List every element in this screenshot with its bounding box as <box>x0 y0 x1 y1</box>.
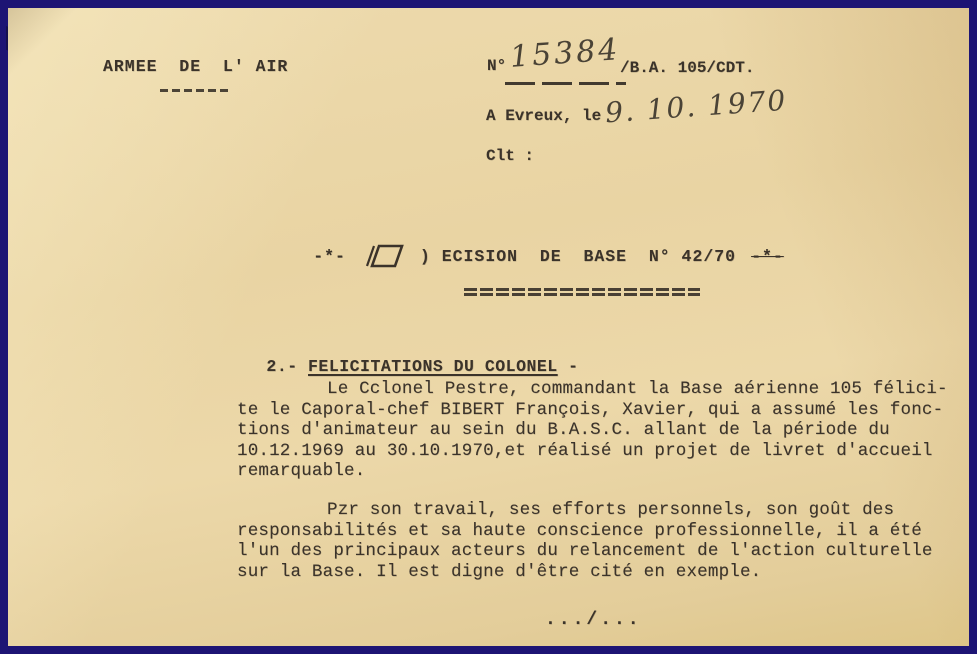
org-name: ARMEE DE L' AIR <box>103 57 288 76</box>
section-number: 2.- <box>266 357 308 376</box>
section-heading-trailing-dash: - <box>558 357 579 376</box>
place-date-label: A Evreux, le <box>486 107 601 125</box>
continuation-mark: .../... <box>545 610 642 630</box>
title-text: ) ECISION DE BASE N° 42/70 <box>420 247 736 266</box>
section-heading-text: FELICITATIONS DU COLONEL <box>308 357 558 376</box>
handdrawn-parallelogram-d-icon <box>361 243 405 269</box>
body-paragraph-1: Le Cclonel Pestre, commandant la Base aé… <box>237 379 977 482</box>
ref-number-suffix: /B.A. 105/CDT. <box>620 59 754 77</box>
ref-number-prefix: N° <box>487 57 506 75</box>
date-handwritten: 9. 10. 1970 <box>604 84 788 130</box>
ref-number-handwritten: 15384 <box>509 32 622 75</box>
document-page: ARMEE DE L' AIR N° 15384 /B.A. 105/CDT. … <box>8 8 969 646</box>
title-underline-top <box>464 288 700 291</box>
body-paragraph-2: Pzr son travail, ses efforts personnels,… <box>237 500 977 582</box>
ref-number-underline <box>505 82 626 85</box>
title-left-mark: -*- <box>313 247 346 266</box>
org-name-underline <box>160 89 228 92</box>
title-right-mark: -*- <box>751 247 784 266</box>
title-underline <box>464 288 700 297</box>
title-underline-bottom <box>464 293 700 296</box>
document-title: -*- ) ECISION DE BASE N° 42/70 -*- <box>128 243 969 269</box>
clt-label: Clt : <box>486 147 534 165</box>
scanned-document: ARMEE DE L' AIR N° 15384 /B.A. 105/CDT. … <box>0 0 977 654</box>
